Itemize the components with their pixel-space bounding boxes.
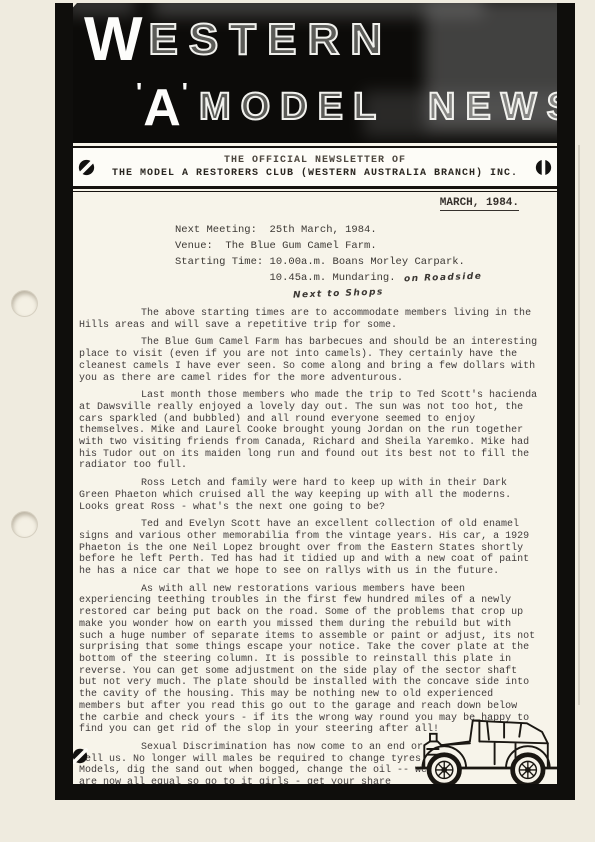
body-paragraph: Ross Letch and family were hard to keep … <box>79 478 541 513</box>
body-paragraph: The above starting times are to accommod… <box>79 308 541 331</box>
page-edge-shadow <box>578 145 580 705</box>
scan-corner-artifact <box>73 3 77 27</box>
body-paragraph: The Blue Gum Camel Farm has barbecues an… <box>79 337 541 384</box>
screw-icon <box>78 159 95 176</box>
title-initial-a: A <box>143 79 181 137</box>
quote-tick: ' <box>136 77 142 107</box>
screw-icon <box>73 748 88 764</box>
page-body: MARCH, 1984. Next Meeting: 25th March, 1… <box>73 191 557 784</box>
title-initial-w: W <box>84 5 143 74</box>
scanned-newsletter: WESTERN 'A'MODEL NEWS THE OFFICIAL NEWSL… <box>0 0 595 842</box>
body-paragraph: Ted and Evelyn Scott have an excellent c… <box>79 519 541 578</box>
subheader-text: THE OFFICIAL NEWSLETTER OF THE MODEL A R… <box>95 154 535 180</box>
masthead: WESTERN 'A'MODEL NEWS <box>73 3 557 143</box>
subheader-line2: THE MODEL A RESTORERS CLUB (WESTERN AUST… <box>95 167 535 180</box>
handwritten-note: Next to Shops <box>293 288 384 300</box>
meeting-start-time-1: Starting Time: 10.00a.m. Boans Morley Ca… <box>175 254 541 270</box>
meeting-details: Next Meeting: 25th March, 1984. Venue: T… <box>175 222 541 302</box>
body-paragraph: Last month those members who made the tr… <box>79 390 541 472</box>
page-border-bottom <box>55 784 575 800</box>
title-line-a-model-news: 'A'MODEL NEWS <box>135 77 557 134</box>
issue-date: MARCH, 1984. <box>79 197 519 209</box>
title-line-western: WESTERN <box>84 9 393 71</box>
title-outline-estern: ESTERN <box>149 15 393 64</box>
meeting-start-time-2: 10.45a.m. Mundaring.on Roadside <box>270 270 542 286</box>
punch-hole <box>12 291 37 316</box>
subheader-banner: THE OFFICIAL NEWSLETTER OF THE MODEL A R… <box>73 146 557 189</box>
subheader-line1: THE OFFICIAL NEWSLETTER OF <box>95 154 535 167</box>
handwritten-note: on Roadside <box>403 269 482 288</box>
meeting-venue: Venue: The Blue Gum Camel Farm. <box>175 238 541 254</box>
punch-hole <box>12 512 37 537</box>
meeting-next: Next Meeting: 25th March, 1984. <box>175 222 541 238</box>
quote-tick: ' <box>182 77 188 107</box>
newsletter-page: WESTERN 'A'MODEL NEWS THE OFFICIAL NEWSL… <box>55 3 575 800</box>
screw-icon <box>535 159 552 176</box>
title-outline-model-news: MODEL NEWS <box>199 86 557 128</box>
model-a-car-illustration <box>411 704 557 784</box>
